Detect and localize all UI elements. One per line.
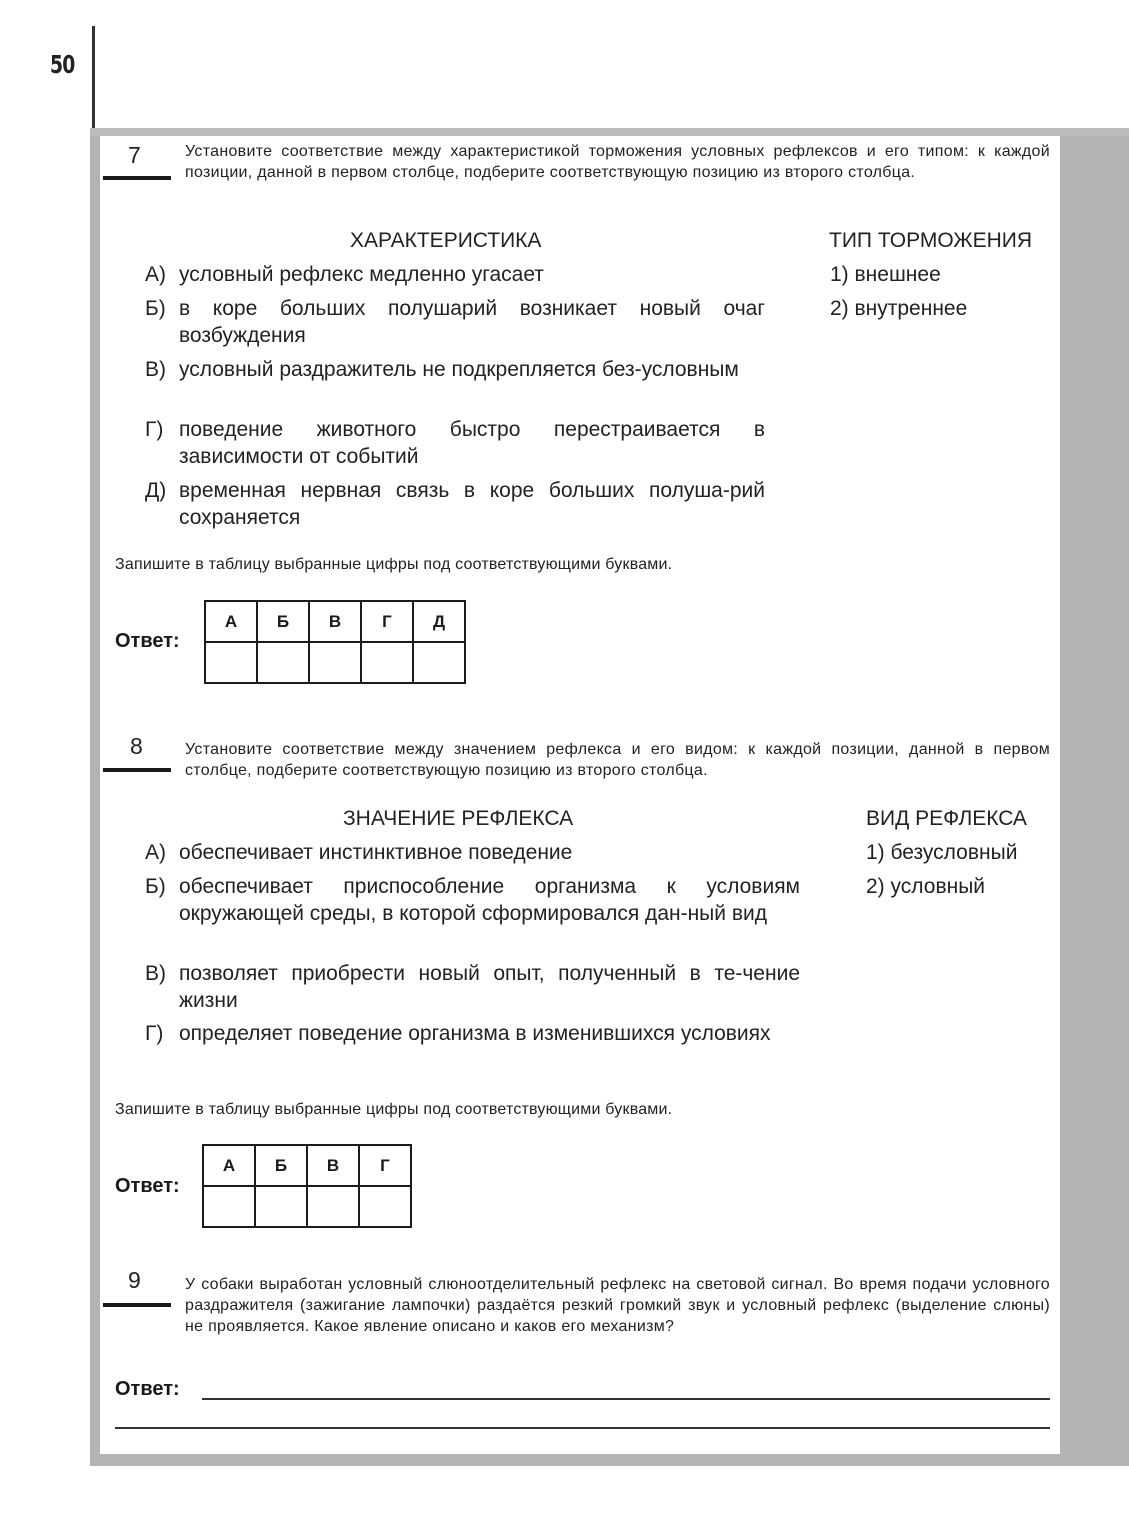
answer-cell[interactable] xyxy=(203,1186,255,1227)
answer-column-header: В xyxy=(307,1145,359,1186)
frame-top-strip xyxy=(90,128,1129,136)
answer-cell[interactable] xyxy=(205,642,257,683)
answer-column-header: А xyxy=(203,1145,255,1186)
answer-column-header: Г xyxy=(359,1145,411,1186)
task-8-number: 8 xyxy=(130,733,143,760)
task-8-answer-note: Запишите в таблицу выбранные цифры под с… xyxy=(115,1101,672,1119)
task-9-answer-label: Ответ: xyxy=(115,1378,180,1401)
task-7-answer-note: Запишите в таблицу выбранные цифры под с… xyxy=(115,556,672,574)
task-7-right-heading: ТИП ТОРМОЖЕНИЯ xyxy=(829,229,1032,253)
task-7-text: Установите соответствие между характерис… xyxy=(185,141,1050,183)
answer-column-header: Г xyxy=(361,601,413,642)
task-7-answer-table: АБВГД xyxy=(204,600,466,684)
task-8-answer-table: АБВГ xyxy=(202,1144,412,1228)
answer-column-header: Б xyxy=(255,1145,307,1186)
task-7-left-heading: ХАРАКТЕРИСТИКА xyxy=(350,229,541,253)
content-area: 7 Установите соответствие между характер… xyxy=(100,136,1060,1454)
task-8-right-heading: ВИД РЕФЛЕКСА xyxy=(866,807,1027,831)
answer-cell[interactable] xyxy=(257,642,309,683)
task-7-item-g: Г) поведение животного быстро перестраив… xyxy=(145,416,765,470)
task-7-answer-label: Ответ: xyxy=(115,630,180,653)
task-8-left-heading: ЗНАЧЕНИЕ РЕФЛЕКСА xyxy=(343,807,573,831)
task-7-number: 7 xyxy=(128,142,141,169)
answer-column-header: В xyxy=(309,601,361,642)
task-8-item-v: В) позволяет приобрести новый опыт, полу… xyxy=(145,960,800,1014)
task-9-answer-line-1[interactable] xyxy=(202,1398,1050,1400)
task-7-item-v: В) условный раздражитель не подкрепляетс… xyxy=(145,356,765,383)
answer-cell[interactable] xyxy=(255,1186,307,1227)
answer-column-header: Д xyxy=(413,601,465,642)
page-number: 50 xyxy=(50,50,75,79)
task-8-item-g: Г) определяет поведение организма в изме… xyxy=(145,1020,800,1047)
answer-cell[interactable] xyxy=(361,642,413,683)
task-7-item-b: Б) в коре больших полушарий возникает но… xyxy=(145,295,765,349)
task-9-answer-line-2[interactable] xyxy=(115,1427,1050,1429)
task-8-type-1: 1) безусловный xyxy=(866,839,1017,866)
task-9-bar xyxy=(103,1303,171,1307)
task-8-answer-label: Ответ: xyxy=(115,1175,180,1198)
task-9-number: 9 xyxy=(128,1267,141,1294)
answer-cell[interactable] xyxy=(309,642,361,683)
answer-cell[interactable] xyxy=(359,1186,411,1227)
task-8-item-a: А) обеспечивает инстинктивное поведение xyxy=(145,839,800,866)
task-7-item-a: А) условный рефлекс медленно угасает xyxy=(145,261,765,288)
task-8-item-b: Б) обеспечивает приспособление организма… xyxy=(145,873,800,927)
answer-cell[interactable] xyxy=(307,1186,359,1227)
task-8-bar xyxy=(103,768,171,772)
task-7-bar xyxy=(103,176,171,180)
answer-column-header: Б xyxy=(257,601,309,642)
task-7-type-1: 1) внешнее xyxy=(830,261,941,288)
task-7-item-d: Д) временная нервная связь в коре больши… xyxy=(145,477,765,531)
task-8-type-2: 2) условный xyxy=(866,873,985,900)
answer-cell[interactable] xyxy=(413,642,465,683)
margin-rule xyxy=(92,26,95,131)
task-9-text: У собаки выработан условный слюноотделит… xyxy=(185,1274,1050,1337)
answer-column-header: А xyxy=(205,601,257,642)
task-7-type-2: 2) внутреннее xyxy=(830,295,967,322)
task-8-text: Установите соответствие между значением … xyxy=(185,739,1050,781)
